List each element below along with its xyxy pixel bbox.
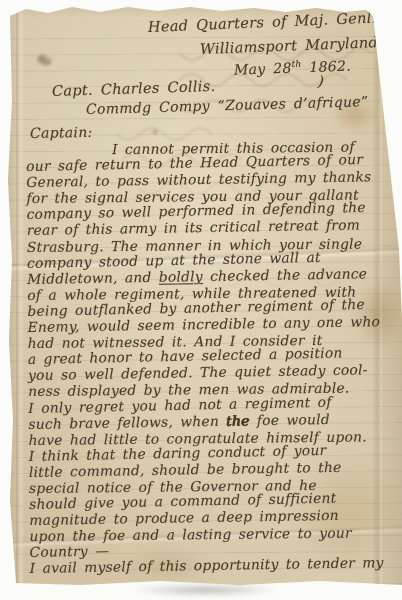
overwritten-word: the bbox=[226, 413, 250, 429]
paper-stain bbox=[150, 128, 160, 136]
addressee-name: Capt. Charles Collis. bbox=[52, 79, 216, 100]
letterhead-headquarters: Head Quarters of Maj. Genl. Banks, bbox=[148, 8, 402, 36]
addressee-unit: Commdg Compy “Zouaves d’afrique” bbox=[86, 94, 369, 118]
photo-background: Head Quarters of Maj. Genl. Banks, Willi… bbox=[0, 0, 402, 600]
letter-line-part: Middletown, and bbox=[27, 270, 159, 288]
date-ordinal: th bbox=[291, 60, 301, 70]
fold-crease-vertical bbox=[16, 0, 24, 600]
date-day: May 28 bbox=[234, 61, 292, 79]
letter-line-part: checked the advance bbox=[203, 266, 368, 285]
paren-mark: ) bbox=[317, 72, 326, 91]
letter-body: I cannot permit this occasion of our saf… bbox=[26, 140, 402, 578]
letter-line-part: foe would bbox=[249, 412, 330, 429]
letterhead-date: May 28th 1862. bbox=[234, 58, 352, 79]
underlined-word: boldly bbox=[159, 269, 203, 286]
salutation: Captain: bbox=[30, 125, 93, 142]
paper-bottom-shadow bbox=[130, 583, 280, 597]
letterhead-place: Williamsport Maryland, bbox=[200, 35, 384, 58]
ink-blot bbox=[36, 54, 52, 66]
date-year: 1862. bbox=[301, 59, 351, 77]
letter-line-part: such brave fellows, when bbox=[28, 413, 226, 432]
letter-paper: Head Quarters of Maj. Genl. Banks, Willi… bbox=[0, 0, 402, 600]
